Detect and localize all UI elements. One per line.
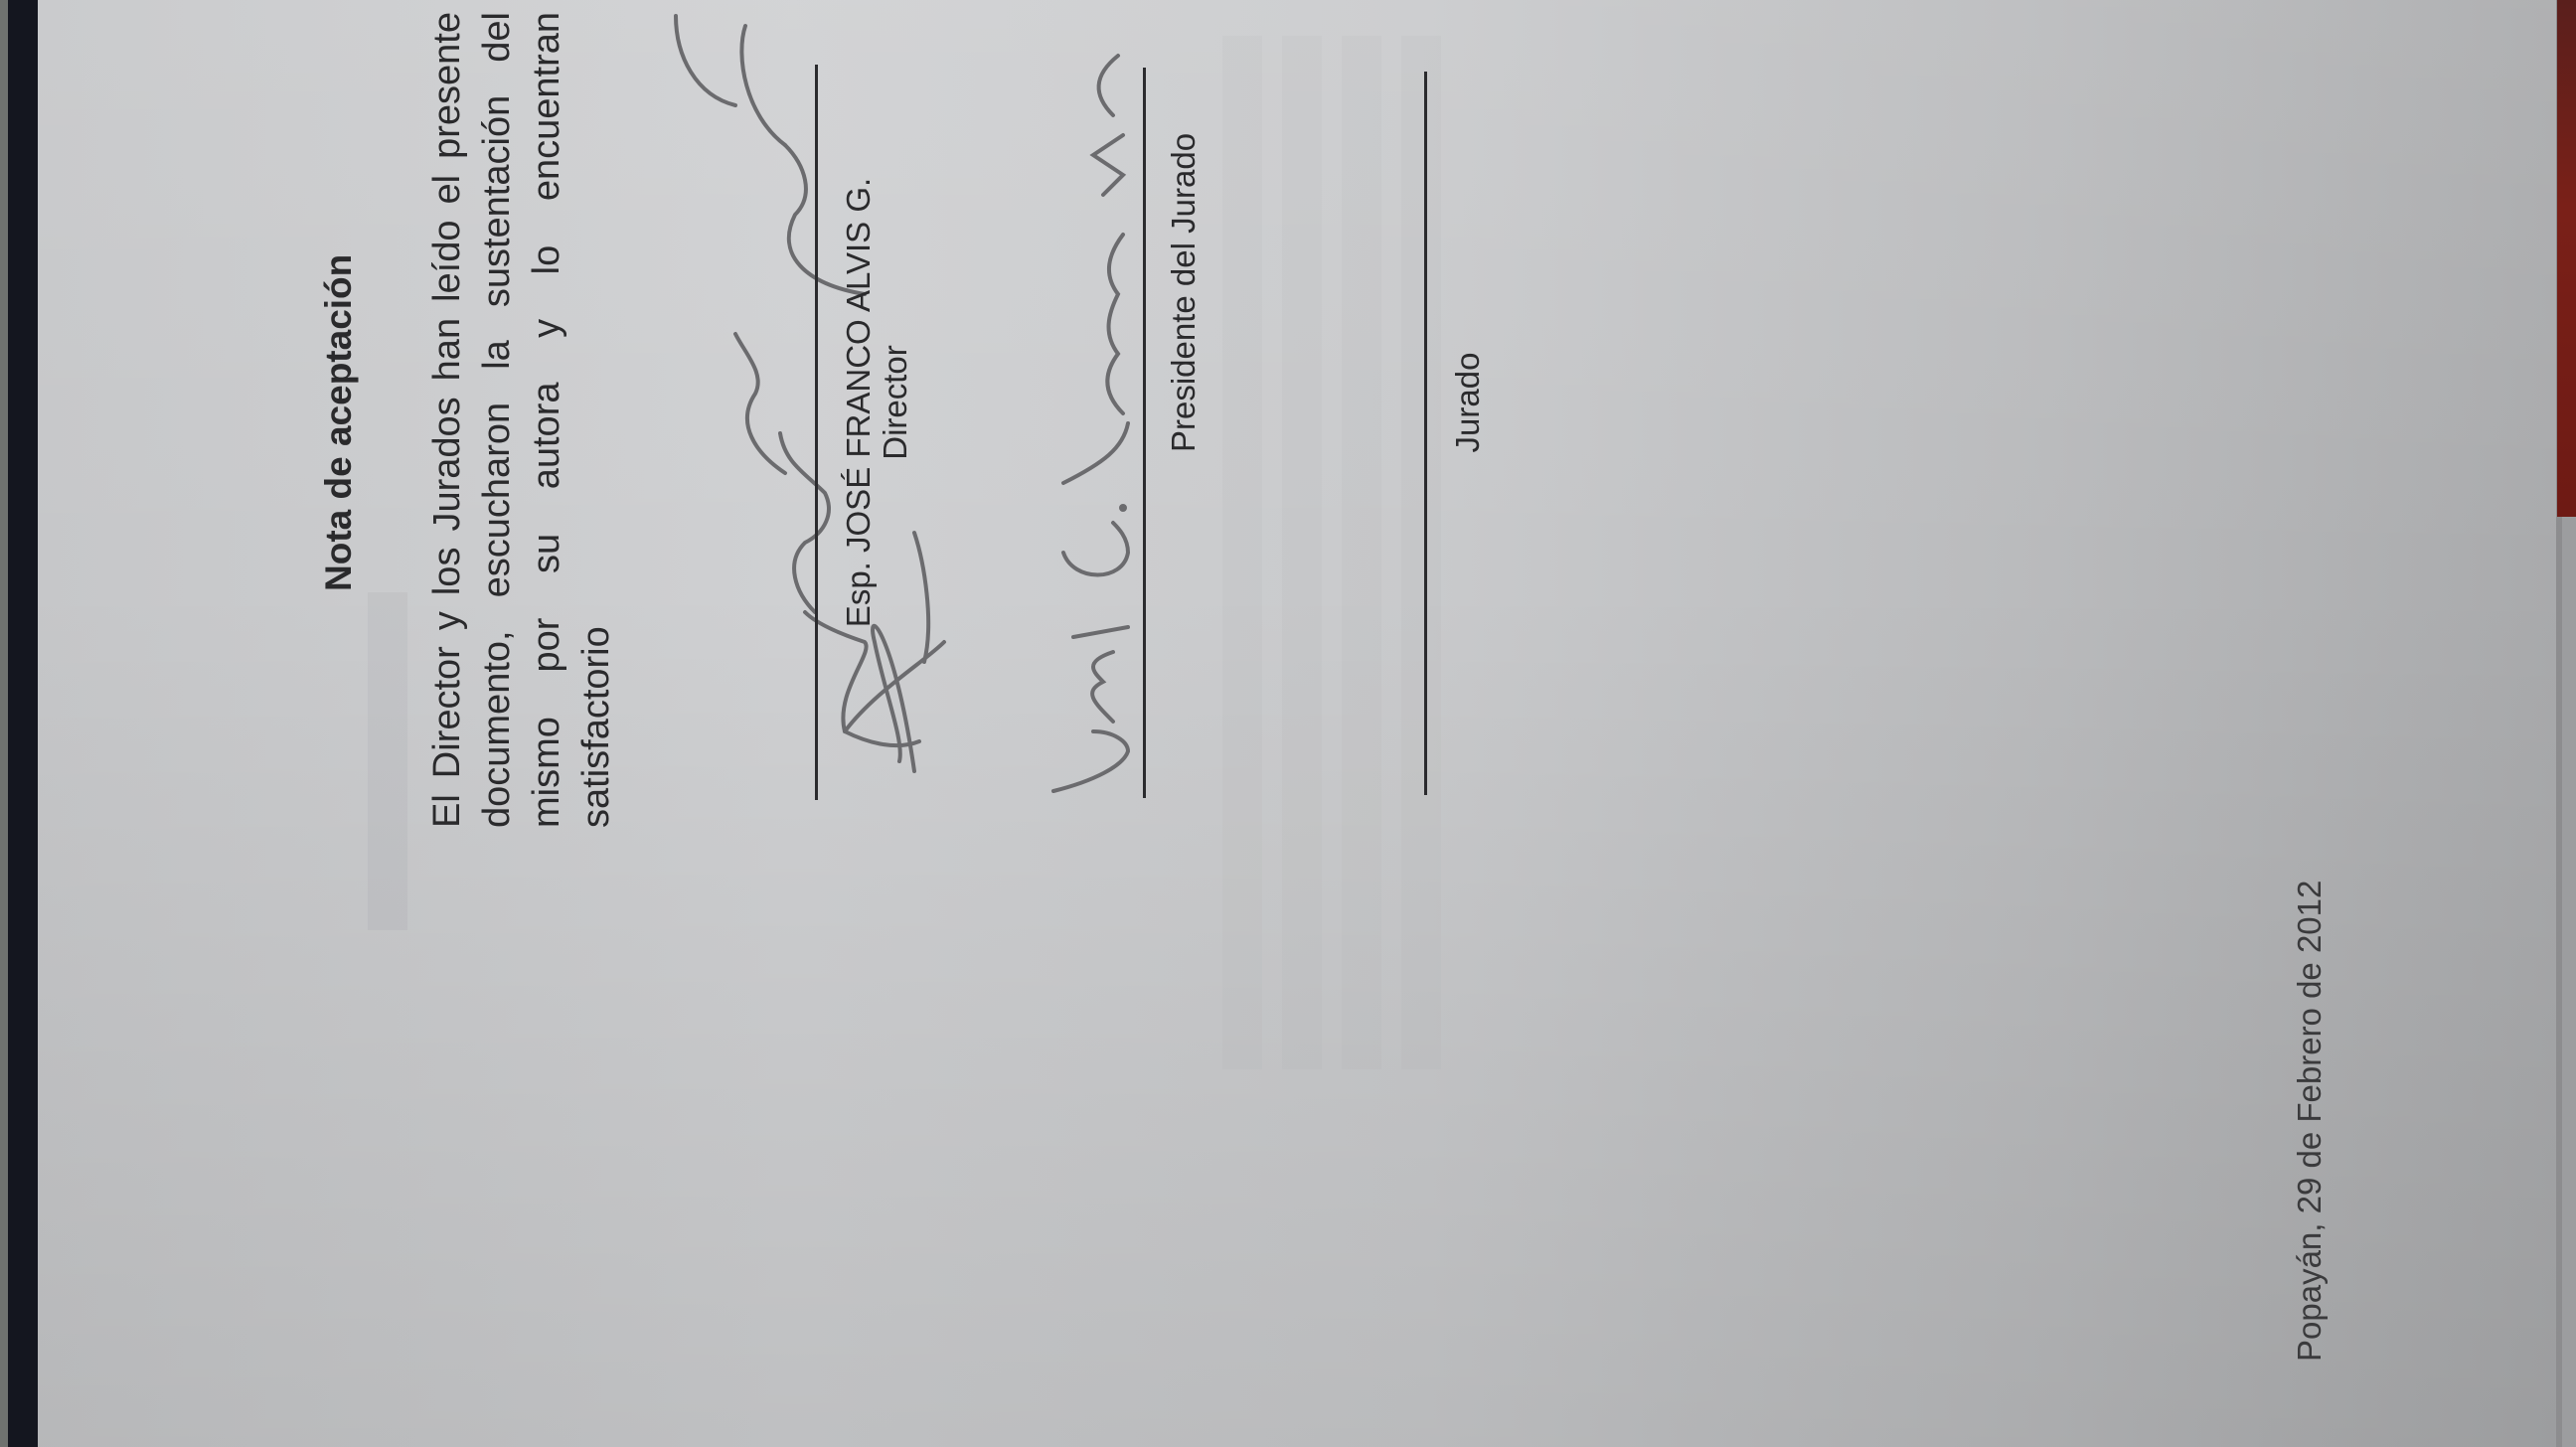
bleed-through-text <box>1401 36 1441 1069</box>
jury-signature-line <box>1424 72 1427 795</box>
paragraph-line: El Director y los Jurados han leído el p… <box>422 12 472 828</box>
bleed-through-text <box>1222 36 1262 1069</box>
bleed-through-text <box>1282 36 1322 1069</box>
place-date-line: Popayán, 29 de Febrero de 2012 <box>2291 894 2329 1362</box>
director-name: Esp. JOSÉ FRANCO ALVIS G. <box>840 147 878 658</box>
director-role: Director <box>877 147 914 658</box>
paragraph-line: mismo por su autora y lo encuentran sati… <box>522 12 621 828</box>
director-signature-line <box>815 65 818 800</box>
paragraph-line: documento, escucharon la sustentación de… <box>472 12 522 828</box>
rotated-document-page: Nota de aceptación El Director y los Jur… <box>0 0 2576 1447</box>
jury-role: Jurado <box>1449 348 1487 457</box>
president-role: Presidente del Jurado <box>1165 209 1203 452</box>
acceptance-paragraph: El Director y los Jurados han leído el p… <box>422 12 621 828</box>
bleed-through-heading <box>368 592 407 930</box>
bleed-through-text <box>1342 36 1381 1069</box>
president-handwritten-signature <box>1034 16 1143 811</box>
document-title: Nota de aceptación <box>318 260 360 591</box>
president-signature-line <box>1143 68 1146 798</box>
